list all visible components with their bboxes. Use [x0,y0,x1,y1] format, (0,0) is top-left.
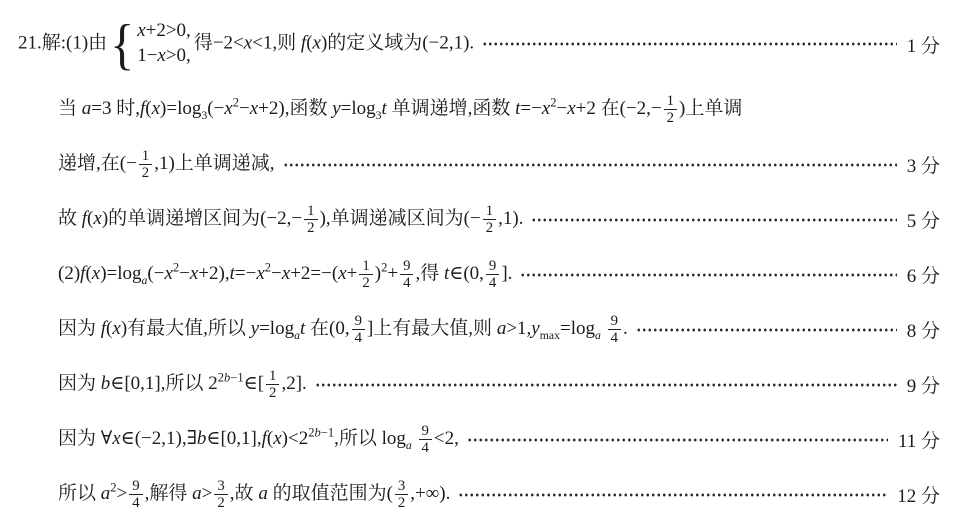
dots-leader [636,302,897,357]
solution-line-6: 因为 f(x)有最大值,所以 y=logat 在(0,94]上有最大值,则 a>… [18,302,940,357]
text-run: 因为 ∀x∈(−2,1),∃b∈[0,1],f(x)<2 [58,428,308,449]
solution-line-4: 故 f(x)的单调递增区间为(−2,−12),单调递减区间为(−12,1).5 … [18,192,940,247]
math-fraction: 94 [352,313,365,346]
case-rows: x+2>0,1−x>0, [137,21,191,67]
score-label: 3 分 [907,151,940,178]
text-run: t 在(0, [300,318,350,339]
line-content: 故 f(x)的单调递增区间为(−2,−12),单调递减区间为(−12,1). [58,203,523,236]
fraction-denominator: 2 [214,494,227,511]
subscript: a [595,329,601,342]
text-run: 所以 a [58,483,110,504]
text-run: 递增,在(− [58,153,137,174]
fraction-numerator: 9 [486,258,499,274]
solution-line-3: 递增,在(−12,1)上单调递减,3 分 [18,137,940,192]
fraction-denominator: 2 [304,219,317,236]
subscript: a [406,439,412,452]
math-fraction: 12 [483,203,496,236]
solution-line-2: 当 a=3 时,f(x)=log3(−x2−x+2),函数 y=log3t 单调… [18,82,940,137]
text-run: ]上有最大值,则 a>1,y [367,318,540,339]
text-run [601,318,606,339]
fraction-numerator: 1 [664,93,677,109]
line-content: (2)f(x)=loga(−x2−x+2),t=−x2−x+2=−(x+12)2… [58,258,512,291]
solution-body: 21.解:(1)由{x+2>0,1−x>0,得−2<x<1,则 f(x)的定义域… [18,6,940,522]
text-run: ,得 t∈(0, [415,263,483,284]
text-run: 当 a=3 时,f(x)=log [58,98,201,119]
score-label: 11 分 [898,426,940,453]
fraction-numerator: 9 [352,313,365,329]
fraction-denominator: 2 [266,384,279,401]
text-run: ∈[ [244,373,264,394]
text-run: 得−2<x<1,则 f(x)的定义域为(−2,1). [194,32,474,53]
line-content: 因为 f(x)有最大值,所以 y=logat 在(0,94]上有最大值,则 a>… [58,313,628,346]
text-run: ),单调递减区间为(− [320,208,481,229]
fraction-denominator: 4 [352,329,365,346]
math-fraction: 12 [304,203,317,236]
fraction-numerator: 9 [419,423,432,439]
score-label: 12 分 [897,481,940,508]
math-fraction: 94 [608,313,621,346]
math-fraction: 32 [214,478,227,511]
math-fraction: 32 [395,478,408,511]
subscript: max [540,329,560,342]
score-label: 5 分 [907,206,940,233]
case-row: x+2>0, [137,21,191,42]
dots-leader [531,192,896,247]
line-content: 当 a=3 时,f(x)=log3(−x2−x+2),函数 y=log3t 单调… [58,93,742,126]
dots-leader [482,6,897,82]
dots-leader [520,247,896,302]
solution-line-7: 因为 b∈[0,1],所以 22b−1∈[12,2].9 分 [18,357,940,412]
fraction-numerator: 3 [214,478,227,494]
fraction-numerator: 1 [266,368,279,384]
math-fraction: 94 [400,258,413,291]
fraction-denominator: 4 [129,494,142,511]
fraction-denominator: 2 [139,164,152,181]
text-run: 因为 f(x)有最大值,所以 y=log [58,318,294,339]
line-content: 因为 b∈[0,1],所以 22b−1∈[12,2]. [58,368,307,401]
fraction-numerator: 3 [395,478,408,494]
fraction-numerator: 1 [483,203,496,219]
math-fraction: 12 [139,148,152,181]
superscript: 2b−1 [218,371,244,385]
case-row: 1−x>0, [137,46,191,67]
score-label: 8 分 [907,316,940,343]
text-run: (−x [207,98,232,119]
fraction-denominator: 4 [419,439,432,456]
text-run [412,428,417,449]
text-run: (2)f(x)=log [58,263,142,284]
solution-document: 21.解:(1)由{x+2>0,1−x>0,得−2<x<1,则 f(x)的定义域… [0,0,960,526]
text-run: )上单调 [679,98,742,119]
superscript: 2b−1 [308,426,334,440]
text-run: ,1). [498,208,523,229]
text-run: −x+2),t=−x [179,263,265,284]
fraction-numerator: 1 [359,258,372,274]
math-fraction: 94 [129,478,142,511]
text-run: t 单调递增,函数 t=−x [382,98,551,119]
dots-leader [458,467,887,522]
text-run: ,故 a 的取值范围为( [230,483,393,504]
text-run: 故 f(x)的单调递增区间为(−2,− [58,208,302,229]
text-run: (−x [147,263,172,284]
math-fraction: 12 [359,258,372,291]
text-run: ]. [501,263,512,284]
line-content: 递增,在(−12,1)上单调递减, [58,148,275,181]
math-fraction: 12 [266,368,279,401]
score-label: 1 分 [907,31,940,58]
text-run: ,+∞). [410,483,450,504]
text-run: −x+2=−(x+ [271,263,357,284]
text-run: 因为 b∈[0,1],所以 2 [58,373,218,394]
dots-leader [315,357,897,412]
dots-leader [467,412,888,467]
math-fraction: 94 [486,258,499,291]
fraction-denominator: 4 [608,329,621,346]
solution-line-1: 21.解:(1)由{x+2>0,1−x>0,得−2<x<1,则 f(x)的定义域… [18,6,940,82]
solution-line-9: 所以 a2>94,解得 a>32,故 a 的取值范围为(32,+∞).12 分 [18,467,940,522]
math-fraction: 94 [419,423,432,456]
text-run: −x+2),函数 y=log [239,98,376,119]
fraction-denominator: 2 [359,274,372,291]
score-label: 6 分 [907,261,940,288]
line-content: 21.解:(1)由{x+2>0,1−x>0,得−2<x<1,则 f(x)的定义域… [18,21,474,67]
text-run: ,解得 a> [145,483,213,504]
text-run: + [387,263,398,284]
score-label: 9 分 [907,371,940,398]
line-content: 因为 ∀x∈(−2,1),∃b∈[0,1],f(x)<22b−1,所以 loga… [58,423,459,456]
fraction-numerator: 9 [400,258,413,274]
fraction-numerator: 1 [304,203,317,219]
text-run: 21.解:(1)由 [18,32,107,53]
line-content: 所以 a2>94,解得 a>32,故 a 的取值范围为(32,+∞). [58,478,450,511]
fraction-denominator: 4 [400,274,413,291]
text-run: −x+2 在(−2,− [557,98,662,119]
dots-leader [283,137,897,192]
fraction-denominator: 2 [483,219,496,236]
left-brace-icon: { [110,19,134,69]
solution-line-5: (2)f(x)=loga(−x2−x+2),t=−x2−x+2=−(x+12)2… [18,247,940,302]
fraction-denominator: 4 [486,274,499,291]
fraction-denominator: 2 [664,109,677,126]
fraction-denominator: 2 [395,494,408,511]
math-fraction: 12 [664,93,677,126]
text-run: > [117,483,128,504]
solution-line-8: 因为 ∀x∈(−2,1),∃b∈[0,1],f(x)<22b−1,所以 loga… [18,412,940,467]
fraction-numerator: 1 [139,148,152,164]
piecewise-system: {x+2>0,1−x>0, [110,21,191,67]
text-run: ,1)上单调递减, [154,153,274,174]
text-run: ,2]. [281,373,306,394]
text-run: ,所以 log [334,428,406,449]
text-run: <2, [434,428,459,449]
fraction-numerator: 9 [608,313,621,329]
text-run: . [623,318,628,339]
text-run: =log [560,318,595,339]
fraction-numerator: 9 [129,478,142,494]
